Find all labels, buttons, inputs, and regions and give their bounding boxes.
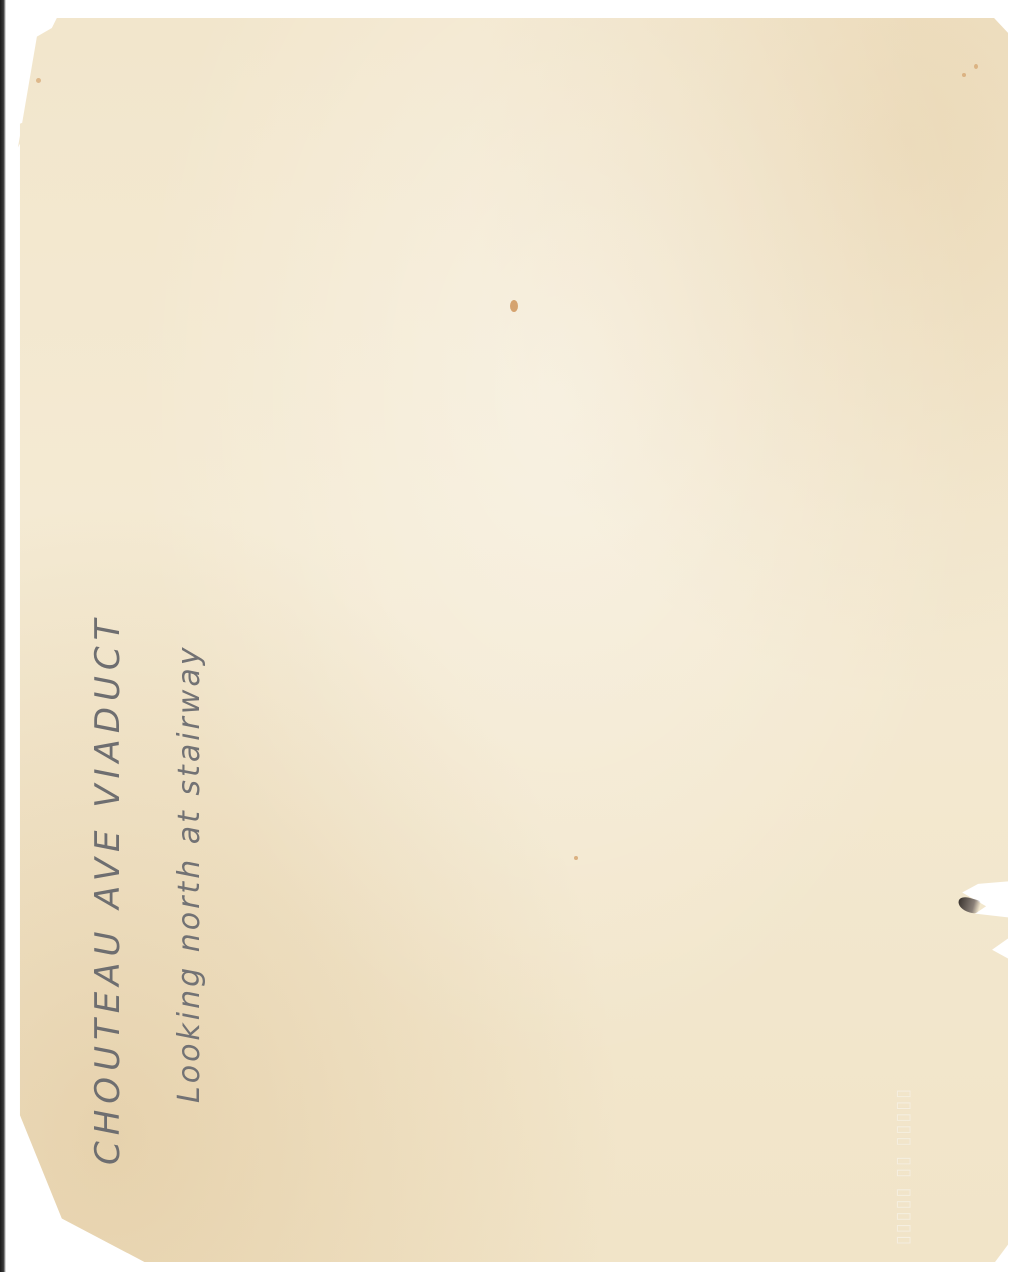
foxing-spot <box>36 78 41 83</box>
scan-frame-edge <box>0 0 6 1272</box>
photo-back-paper <box>12 18 1008 1262</box>
embossed-stamp: ▯▯▯▯▯ ▯▯ ▯▯▯▯▯ <box>894 1087 915 1245</box>
handwritten-caption: Looking north at stairway <box>172 644 207 1103</box>
handwritten-title: CHOUTEAU AVE VIADUCT <box>88 614 128 1165</box>
foxing-spot <box>962 73 966 77</box>
foxing-spot <box>974 64 978 69</box>
foxing-spot <box>510 300 518 312</box>
foxing-spot <box>574 856 578 860</box>
